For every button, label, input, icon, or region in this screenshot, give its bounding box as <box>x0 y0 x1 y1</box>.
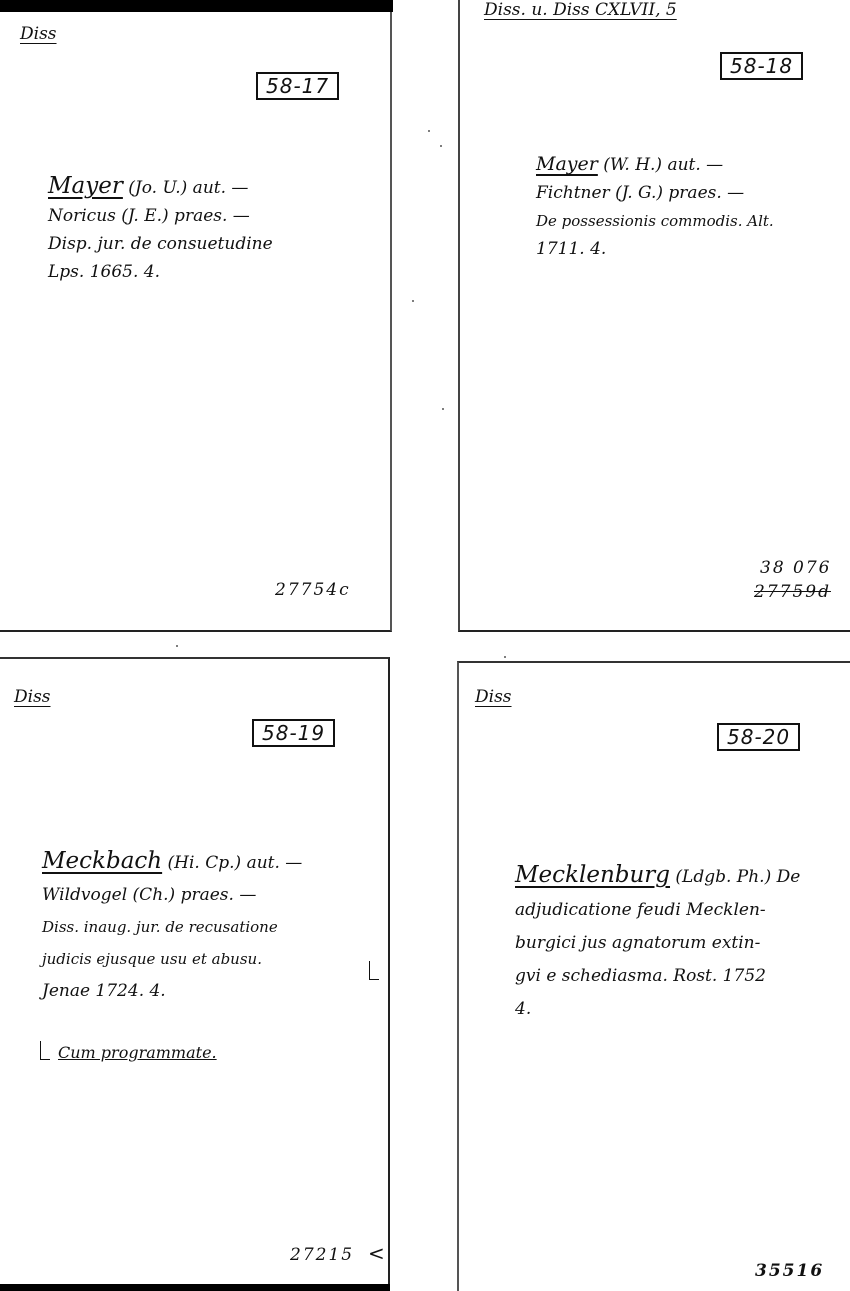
accession-number: 35516 <box>755 1261 824 1281</box>
entry-line: 4. <box>515 993 800 1026</box>
catalog-entry: Mayer (W. H.) aut. — Fichtner (J. G.) pr… <box>536 150 774 263</box>
author-heading: Mecklenburg <box>515 862 670 888</box>
series-label: Diss <box>475 687 512 707</box>
scan-speck <box>176 645 178 647</box>
call-number: 58-17 <box>256 72 339 100</box>
scan-speck <box>412 300 414 302</box>
catalog-entry: Meckbach (Hi. Cp.) aut. — Wildvogel (Ch.… <box>42 845 302 1007</box>
entry-line: (Jo. U.) aut. — <box>128 178 248 198</box>
entry-line: (Hi. Cp.) aut. — <box>168 853 303 873</box>
entry-line: Disp. jur. de consuetudine <box>48 230 273 258</box>
accession-number: 27215 <box>290 1245 354 1265</box>
check-mark: < <box>368 1241 385 1265</box>
series-label: Diss <box>14 687 51 707</box>
call-number: 58-19 <box>252 719 335 747</box>
note: Cum programmate. <box>58 1043 217 1062</box>
accession-number-struck: 27759d <box>754 582 831 602</box>
entry-line: (Ldgb. Ph.) De <box>675 867 800 887</box>
scan-speck <box>440 145 442 147</box>
entry-line: Fichtner (J. G.) praes. — <box>536 179 774 207</box>
entry-line: adjudicatione feudi Mecklen- <box>515 894 800 927</box>
author-heading: Meckbach <box>42 848 162 874</box>
catalog-card-58-20: Diss 58-20 Mecklenburg (Ldgb. Ph.) De ad… <box>457 661 850 1291</box>
call-number: 58-20 <box>717 723 800 751</box>
entry-line: Jenae 1724. 4. <box>42 975 302 1007</box>
call-number: 58-18 <box>720 52 803 80</box>
entry-line: gvi e schediasma. Rost. 1752 <box>515 960 800 993</box>
catalog-card-58-19: Diss 58-19 Meckbach (Hi. Cp.) aut. — Wil… <box>0 657 390 1284</box>
scan-speck <box>442 408 444 410</box>
catalog-card-58-18: Diss. u. Diss CXLVII, 5 58-18 Mayer (W. … <box>458 0 850 632</box>
scan-edge-top <box>0 0 393 12</box>
entry-line: Noricus (J. E.) praes. — <box>48 202 273 230</box>
entry-line: 1711. 4. <box>536 235 774 263</box>
bracket-mark <box>369 961 379 980</box>
entry-line: Wildvogel (Ch.) praes. — <box>42 879 302 911</box>
bracket-mark <box>40 1041 50 1060</box>
scan-speck <box>428 130 430 132</box>
accession-number-current: 38 076 <box>760 558 831 578</box>
entry-line: Diss. inaug. jur. de recusatione <box>42 911 302 943</box>
series-label: Diss. u. Diss CXLVII, 5 <box>484 0 677 20</box>
scan-speck <box>504 656 506 658</box>
catalog-entry: Mayer (Jo. U.) aut. — Noricus (J. E.) pr… <box>48 172 273 286</box>
entry-line: De possessionis commodis. Alt. <box>536 207 774 235</box>
author-heading: Mayer <box>48 173 123 199</box>
catalog-entry: Mecklenburg (Ldgb. Ph.) De adjudicatione… <box>515 859 800 1026</box>
entry-line: judicis ejusque usu et abusu. <box>42 943 302 975</box>
entry-line: Lps. 1665. 4. <box>48 258 273 286</box>
entry-line: burgici jus agnatorum extin- <box>515 927 800 960</box>
author-heading: Mayer <box>536 153 598 175</box>
catalog-card-58-17: Diss 58-17 Mayer (Jo. U.) aut. — Noricus… <box>0 12 392 632</box>
entry-line: (W. H.) aut. — <box>603 155 723 175</box>
series-label: Diss <box>20 24 57 44</box>
accession-number: 27754c <box>275 580 351 600</box>
